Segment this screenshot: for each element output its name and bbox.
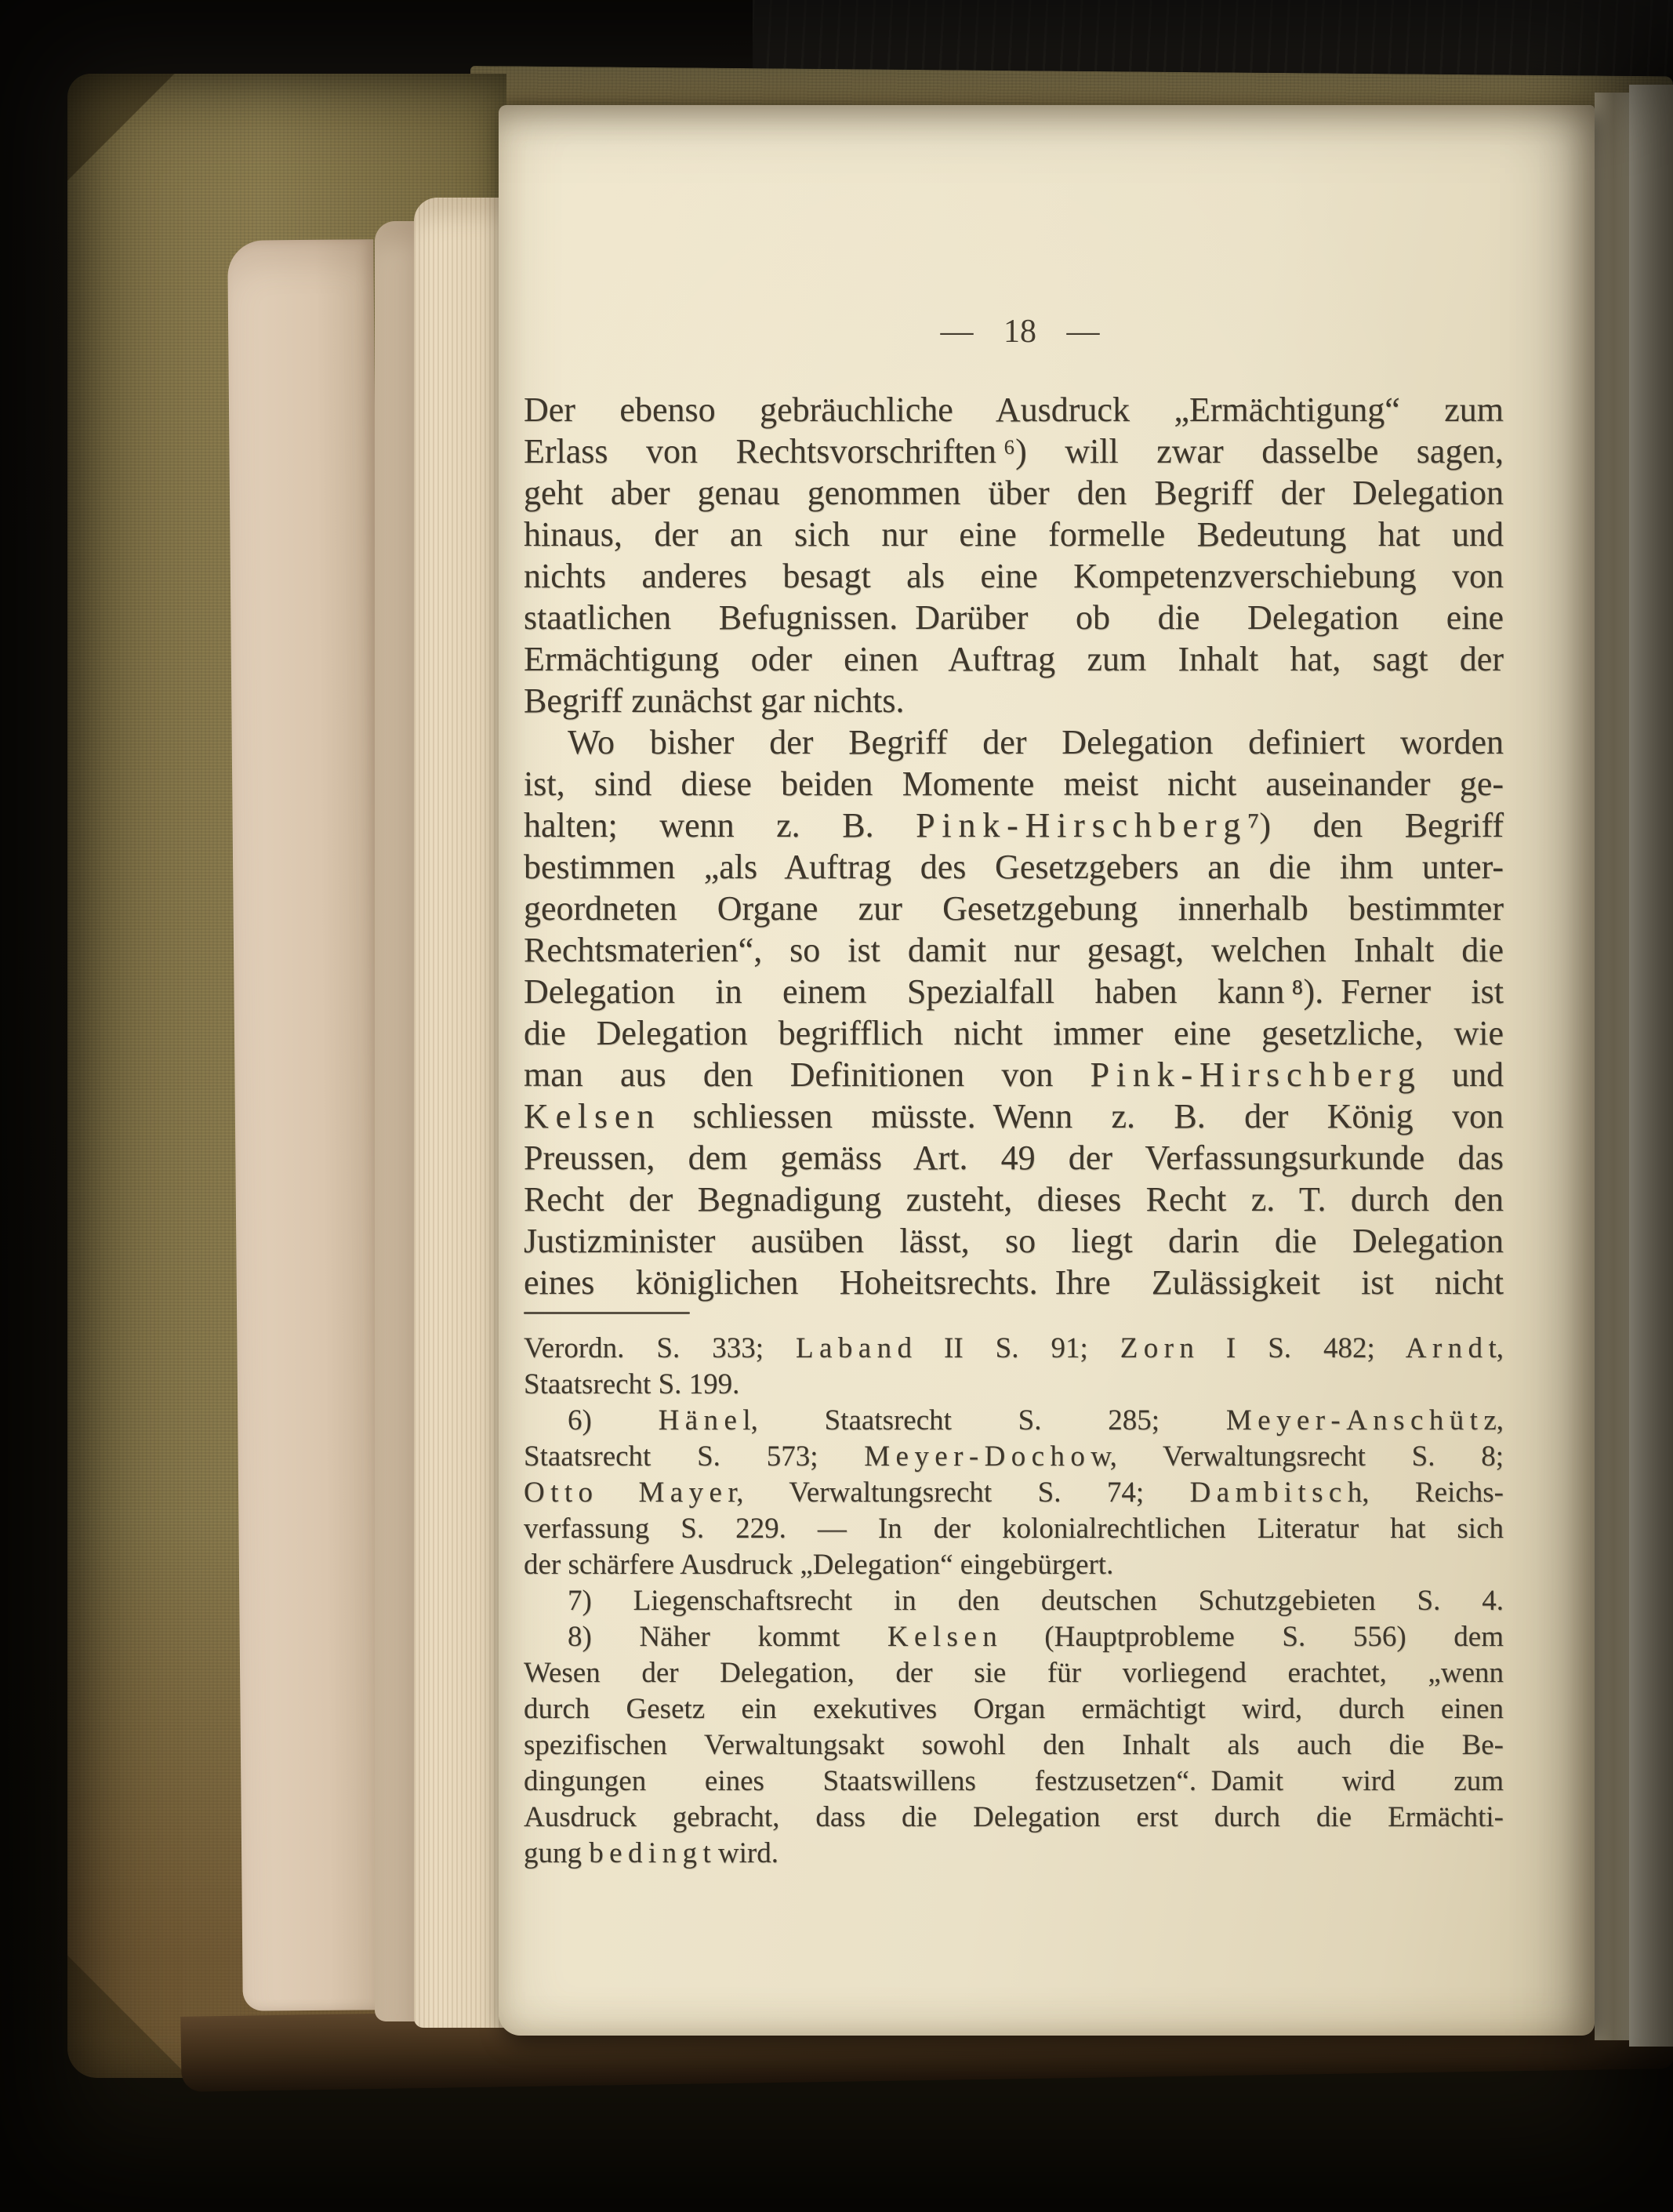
- footnote-line: O t t o M a y e r, Verwaltungsrecht S. 7…: [524, 1475, 1504, 1511]
- body-line: eines königlichen Hoheitsrechts. Ihre Zu…: [524, 1262, 1504, 1303]
- body-line: nichts anderes besagt als eine Kompetenz…: [524, 555, 1504, 597]
- footnote-line: 7) Liegenschaftsrecht in den deutschen S…: [524, 1583, 1504, 1619]
- footnote-line: dingungen eines Staatswillens festzusetz…: [524, 1763, 1504, 1800]
- page-number: — 18 —: [530, 314, 1510, 350]
- footnote-line: Staatsrecht S. 199.: [524, 1367, 1504, 1403]
- footnotes: Verordn. S. 333; L a b a n d II S. 91; Z…: [524, 1331, 1504, 1872]
- body-line: Preussen, dem gemäss Art. 49 der Verfass…: [524, 1137, 1504, 1179]
- body-line: Rechtsmaterien“, so ist damit nur gesagt…: [524, 929, 1504, 971]
- footnote-line: Wesen der Delegation, der sie für vorlie…: [524, 1655, 1504, 1691]
- body-line: man aus den Definitionen von P i n k - H…: [524, 1054, 1504, 1095]
- body-line: bestimmen „als Auftrag des Gesetzgebers …: [524, 846, 1504, 888]
- body-line: Der ebenso gebräuchliche Ausdruck „Ermäc…: [524, 389, 1504, 430]
- body-line: die Delegation begrifflich nicht immer e…: [524, 1012, 1504, 1054]
- body-line: Justizminister ausüben lässt, so liegt d…: [524, 1220, 1504, 1262]
- body-line: Wo bisher der Begriff der Delegation def…: [524, 721, 1504, 763]
- footnote-line: der schärfere Ausdruck „Delegation“ eing…: [524, 1547, 1504, 1583]
- page-stack-edge: [414, 198, 511, 2028]
- body-line: Delegation in einem Spezialfall haben ka…: [524, 971, 1504, 1012]
- body-line: geht aber genau genommen über den Begrif…: [524, 472, 1504, 514]
- footnote-line: Staatsrecht S. 573; M e y e r - D o c h …: [524, 1439, 1504, 1475]
- footnote-line: Ausdruck gebracht, dass die Delegation e…: [524, 1800, 1504, 1836]
- body-text: Der ebenso gebräuchliche Ausdruck „Ermäc…: [524, 389, 1504, 1303]
- footnote-line: 6) H ä n e l, Staatsrecht S. 285; M e y …: [524, 1403, 1504, 1439]
- body-line: hinaus, der an sich nur eine formelle Be…: [524, 514, 1504, 555]
- body-line: geordneten Organe zur Gesetzgebung inner…: [524, 888, 1504, 929]
- book-page: — 18 — Der ebenso gebräuchliche Ausdruck…: [499, 105, 1595, 2036]
- body-line: Ermächtigung oder einen Auftrag zum Inha…: [524, 638, 1504, 680]
- footnote-line: verfassung S. 229. — In der kolonialrech…: [524, 1511, 1504, 1547]
- body-line: ist, sind diese beiden Momente meist nic…: [524, 763, 1504, 805]
- footnote-line: 8) Näher kommt K e l s e n (Hauptproblem…: [524, 1619, 1504, 1655]
- adjacent-page-edge: [1629, 85, 1673, 2047]
- body-line: Recht der Begnadigung zusteht, dieses Re…: [524, 1179, 1504, 1220]
- body-line: Erlass von Rechtsvorschriften ⁶) will zw…: [524, 430, 1504, 472]
- body-line: K e l s e n schliessen müsste. Wenn z. B…: [524, 1095, 1504, 1137]
- photo-background: — 18 — Der ebenso gebräuchliche Ausdruck…: [0, 0, 1673, 2212]
- page-gutter-shadow: [1595, 93, 1629, 2040]
- body-line: Begriff zunächst gar nichts.: [524, 680, 1504, 721]
- footnote-separator: [524, 1312, 690, 1314]
- body-line: staatlichen Befugnissen. Darüber ob die …: [524, 597, 1504, 638]
- body-line: halten; wenn z. B. P i n k - H i r s c h…: [524, 805, 1504, 846]
- footnote-line: spezifischen Verwaltungsakt sowohl den I…: [524, 1727, 1504, 1763]
- page-stack-edge: [227, 239, 389, 2011]
- footnote-line: gung b e d i n g t wird.: [524, 1836, 1504, 1872]
- footnote-line: durch Gesetz ein exekutives Organ ermäch…: [524, 1691, 1504, 1727]
- footnote-line: Verordn. S. 333; L a b a n d II S. 91; Z…: [524, 1331, 1504, 1367]
